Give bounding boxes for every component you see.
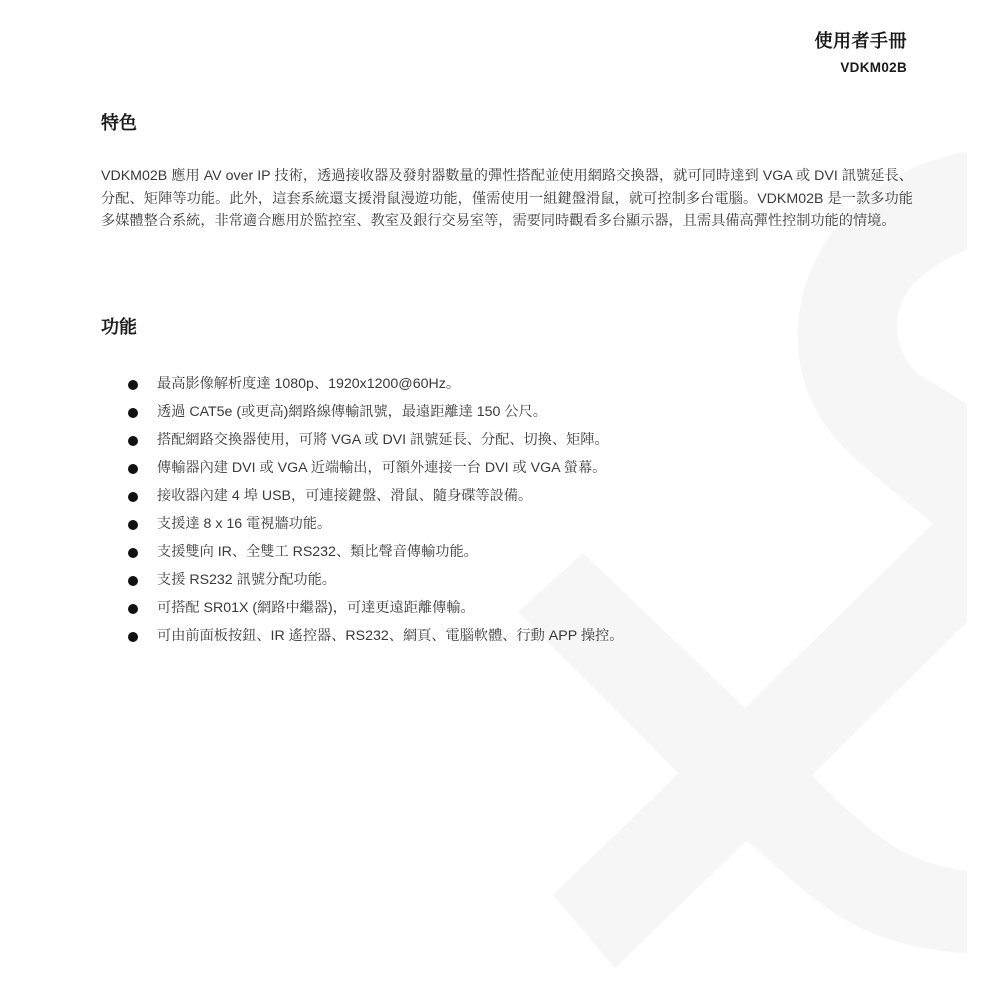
manual-title: 使用者手冊 xyxy=(815,28,908,54)
list-item-text: 搭配網路交換器使用，可將 VGA 或 DVI 訊號延長、分配、切換、矩陣。 xyxy=(157,432,609,448)
functions-heading: 功能 xyxy=(101,315,137,339)
functions-list: 最高影像解析度達 1080p、1920x1200@60Hz。 透過 CAT5e … xyxy=(101,371,623,651)
list-item-text: 可搭配 SR01X (網路中繼器)，可達更遠距離傳輸。 xyxy=(157,600,475,616)
bullet-icon xyxy=(128,380,138,390)
bullet-icon xyxy=(128,464,138,474)
model-number: VDKM02B xyxy=(815,58,908,78)
features-paragraph: VDKM02B 應用 AV over IP 技術，透過接收器及發射器數量的彈性搭… xyxy=(101,165,913,233)
list-item: 支援 RS232 訊號分配功能。 xyxy=(101,567,623,595)
bullet-icon xyxy=(128,632,138,642)
list-item: 可由前面板按鈕、IR 遙控器、RS232、網頁、電腦軟體、行動 APP 操控。 xyxy=(101,623,623,651)
features-heading: 特色 xyxy=(101,111,137,135)
bullet-icon xyxy=(128,520,138,530)
list-item-text: 可由前面板按鈕、IR 遙控器、RS232、網頁、電腦軟體、行動 APP 操控。 xyxy=(157,628,623,644)
document-header: 使用者手冊 VDKM02B xyxy=(815,28,908,78)
manual-page: 使用者手冊 VDKM02B 特色 VDKM02B 應用 AV over IP 技… xyxy=(0,0,1000,1000)
list-item: 可搭配 SR01X (網路中繼器)，可達更遠距離傳輸。 xyxy=(101,595,623,623)
list-item: 支援雙向 IR、全雙工 RS232、類比聲音傳輸功能。 xyxy=(101,539,623,567)
list-item-text: 支援達 8 x 16 電視牆功能。 xyxy=(157,516,331,532)
bullet-icon xyxy=(128,604,138,614)
list-item: 透過 CAT5e (或更高)網路線傳輸訊號，最遠距離達 150 公尺。 xyxy=(101,399,623,427)
list-item: 傳輸器內建 DVI 或 VGA 近端輸出，可額外連接一台 DVI 或 VGA 螢… xyxy=(101,455,623,483)
list-item: 搭配網路交換器使用，可將 VGA 或 DVI 訊號延長、分配、切換、矩陣。 xyxy=(101,427,623,455)
list-item: 支援達 8 x 16 電視牆功能。 xyxy=(101,511,623,539)
list-item-text: 透過 CAT5e (或更高)網路線傳輸訊號，最遠距離達 150 公尺。 xyxy=(157,404,547,420)
bullet-icon xyxy=(128,548,138,558)
list-item-text: 接收器內建 4 埠 USB，可連接鍵盤、滑鼠、隨身碟等設備。 xyxy=(157,488,532,504)
bullet-icon xyxy=(128,576,138,586)
list-item: 接收器內建 4 埠 USB，可連接鍵盤、滑鼠、隨身碟等設備。 xyxy=(101,483,623,511)
bullet-icon xyxy=(128,408,138,418)
list-item-text: 傳輸器內建 DVI 或 VGA 近端輸出，可額外連接一台 DVI 或 VGA 螢… xyxy=(157,460,606,476)
bullet-icon xyxy=(128,492,138,502)
list-item: 最高影像解析度達 1080p、1920x1200@60Hz。 xyxy=(101,371,623,399)
list-item-text: 最高影像解析度達 1080p、1920x1200@60Hz。 xyxy=(157,376,460,392)
list-item-text: 支援雙向 IR、全雙工 RS232、類比聲音傳輸功能。 xyxy=(157,544,478,560)
list-item-text: 支援 RS232 訊號分配功能。 xyxy=(157,572,336,588)
bullet-icon xyxy=(128,436,138,446)
